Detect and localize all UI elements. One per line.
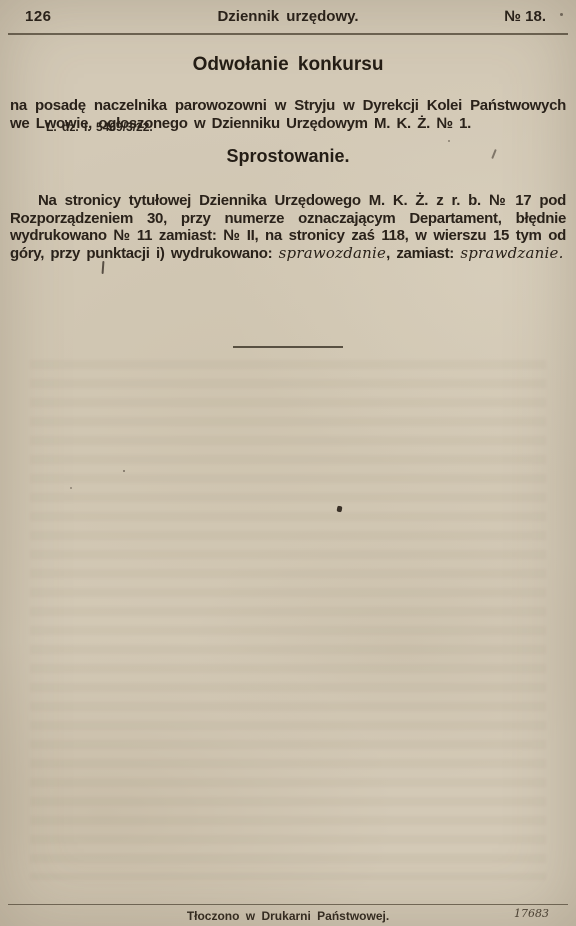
ink-speck xyxy=(337,506,343,513)
notice-correction-body: Na stronicy tytułowej Dziennika Urzędowe… xyxy=(10,192,566,262)
print-order-number: 17683 xyxy=(514,907,549,920)
gazette-page: 126 Dziennik urzędowy. № 18. Odwołanie k… xyxy=(0,0,576,926)
notice-revocation-heading: Odwołanie konkursu xyxy=(0,54,576,76)
reverse-side-show-through xyxy=(30,360,546,880)
publication-title: Dziennik urzędowy. xyxy=(0,8,576,25)
header-rule xyxy=(8,33,568,35)
ink-speck xyxy=(448,140,450,142)
issue-number: № 18. xyxy=(504,8,546,25)
footer-rule xyxy=(8,904,568,905)
ink-speck xyxy=(102,261,105,274)
correction-word-correct: spraw­dzanie. xyxy=(460,244,563,262)
ink-speck xyxy=(123,470,125,472)
ink-speck xyxy=(560,13,563,16)
notice-revocation-reference: L. dz. I. 5469/3/22. xyxy=(46,120,153,134)
ink-speck xyxy=(70,487,72,489)
printer-imprint: Tłoczono w Drukarni Państwowej. xyxy=(0,909,576,923)
section-divider xyxy=(233,346,343,348)
notice-correction-heading: Sprostowanie. xyxy=(0,146,576,167)
correction-text-mid: , zamiast: xyxy=(386,245,460,262)
correction-word-printed: sprawozdanie xyxy=(279,244,386,262)
